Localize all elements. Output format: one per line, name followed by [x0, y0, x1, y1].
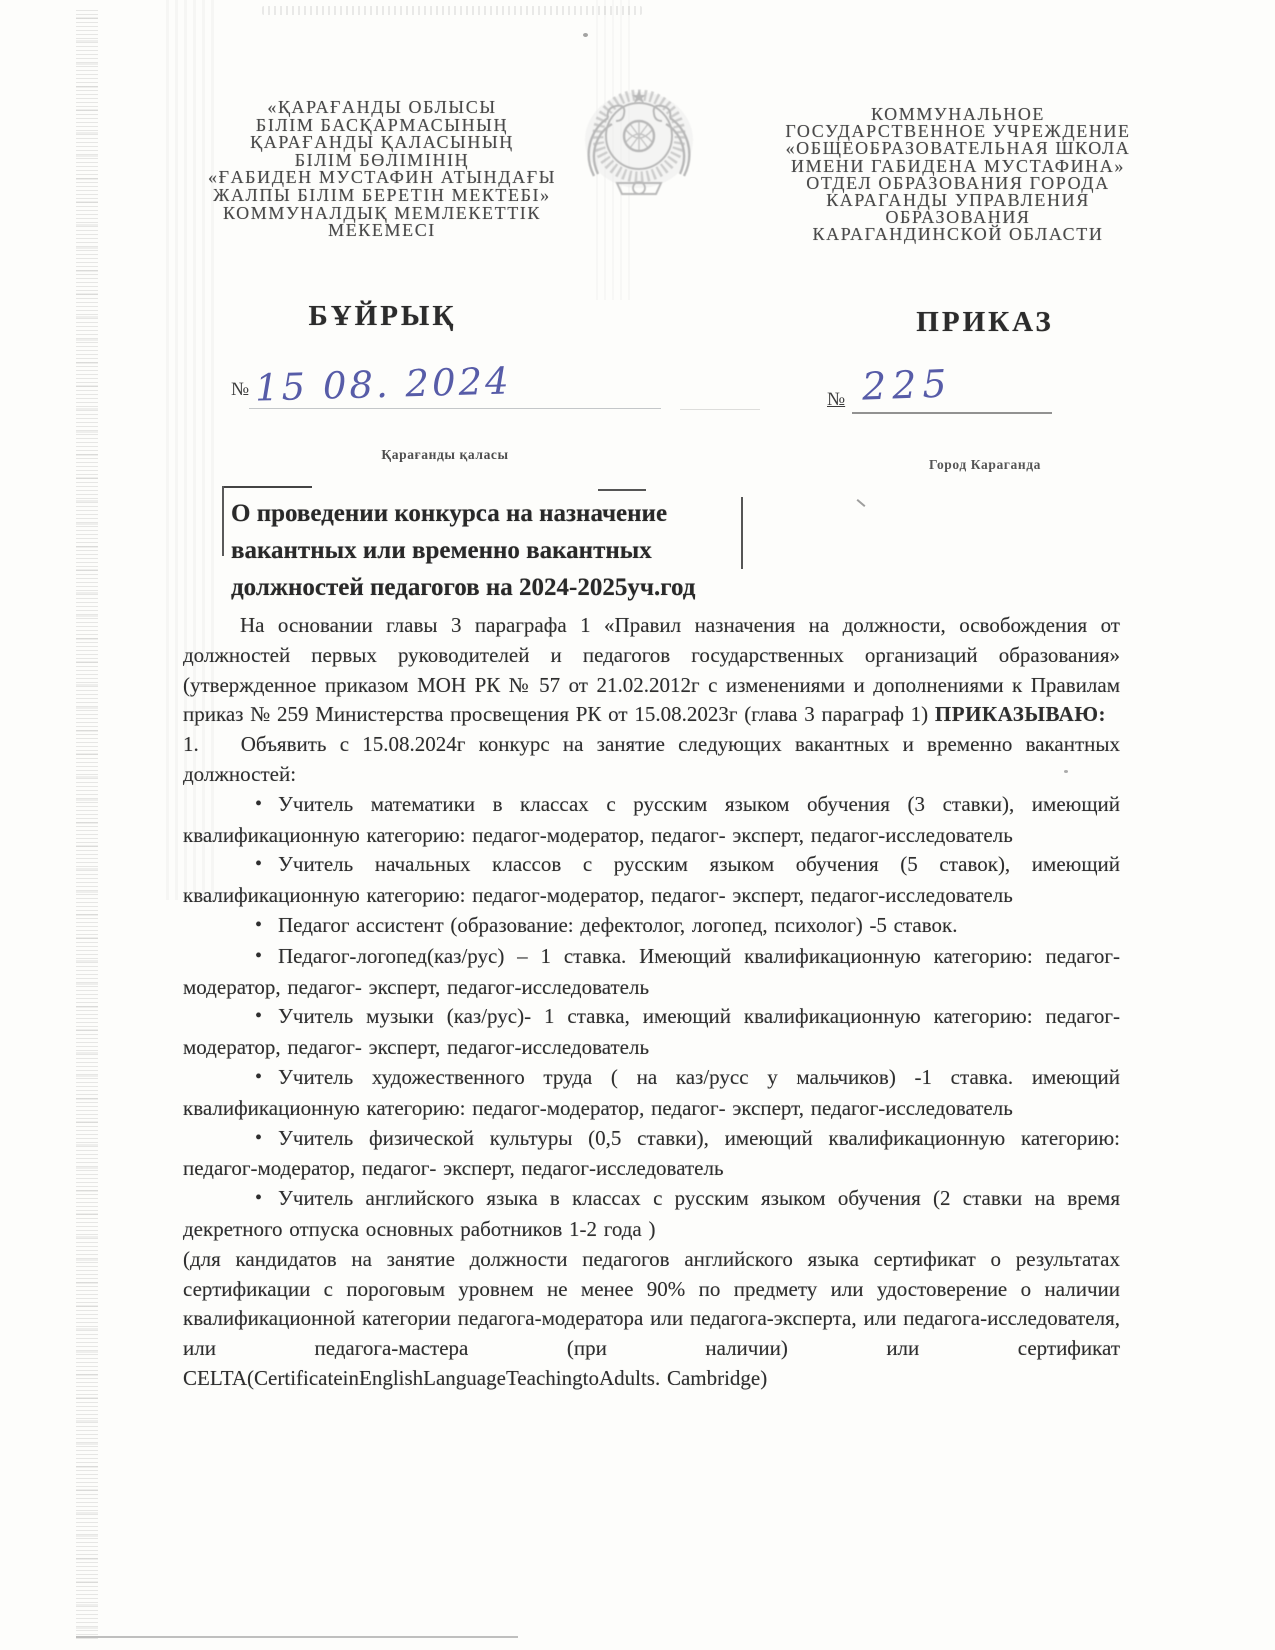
- org-line: МЕКЕМЕСІ: [182, 222, 582, 240]
- vacancy-bullet: •Педагог ассистент (образование: дефекто…: [183, 911, 1120, 942]
- vacancy-bullet: •Учитель художественного труда ( на каз/…: [183, 1063, 1120, 1124]
- bullet-icon: •: [219, 1063, 262, 1093]
- title-line: вакантных или временно вакантных: [231, 532, 791, 569]
- order-number-label-left: №: [231, 379, 249, 401]
- title-line: должностей педагогов на 2024-2025уч.год: [231, 569, 791, 606]
- bullet-text: Педагог-логопед(каз/рус) – 1 ставка. Име…: [183, 944, 1120, 999]
- bullet-icon: •: [219, 790, 262, 820]
- bullet-text: Учитель художественного труда ( на каз/р…: [183, 1065, 1120, 1120]
- scanned-order-page: «ҚАРАҒАНДЫ ОБЛЫСЫ БІЛІМ БАСҚАРМАСЫНЫҢ ҚА…: [0, 0, 1275, 1650]
- scan-speck: [583, 33, 588, 37]
- city-label-russian: Город Караганда: [855, 457, 1115, 473]
- org-name-kazakh: «ҚАРАҒАНДЫ ОБЛЫСЫ БІЛІМ БАСҚАРМАСЫНЫҢ ҚА…: [182, 99, 582, 240]
- org-name-russian: КОММУНАЛЬНОЕ ГОСУДАРСТВЕННОЕ УЧРЕЖДЕНИЕ …: [748, 106, 1168, 244]
- english-teacher-note: (для кандидатов на занятие должности пед…: [183, 1245, 1120, 1394]
- handwritten-order-date: 15 08. 2024: [254, 359, 512, 409]
- vacancy-bullet: •Учитель начальных классов с русским язы…: [183, 850, 1120, 911]
- title-line: О проведении конкурса на назначение: [231, 495, 791, 532]
- bullet-text: Учитель музыки (каз/рус)- 1 ставка, имею…: [183, 1004, 1120, 1059]
- bullet-icon: •: [219, 850, 262, 880]
- vacancy-bullet: •Учитель физической культуры (0,5 ставки…: [183, 1124, 1120, 1185]
- bullet-icon: •: [219, 1002, 262, 1032]
- scan-page-edge: [76, 1636, 518, 1638]
- prikazyvayu-keyword: ПРИКАЗЫВАЮ:: [935, 702, 1106, 726]
- order-body: На основании главы 3 параграфа 1 «Правил…: [183, 611, 1120, 1394]
- vacancy-bullet: •Учитель математики в классах с русским …: [183, 790, 1120, 851]
- number-underline: [249, 408, 661, 409]
- intro-paragraph: На основании главы 3 параграфа 1 «Правил…: [183, 611, 1120, 730]
- bullet-icon: •: [219, 1124, 262, 1154]
- bullet-text: Учитель английского языка в классах с ру…: [183, 1186, 1120, 1241]
- org-line: КАРАГАНДИНСКОЙ ОБЛАСТИ: [748, 226, 1168, 243]
- org-line: ЖАЛПЫ БІЛІМ БЕРЕТІН МЕКТЕБІ»: [182, 187, 582, 205]
- vacancy-bullet: •Педагог-логопед(каз/рус) – 1 ставка. Им…: [183, 942, 1120, 1003]
- kazakhstan-emblem-icon: [572, 86, 706, 210]
- bullet-text: Педагог ассистент (образование: дефектол…: [278, 913, 957, 937]
- title-top-line: [598, 489, 646, 491]
- scan-edge-noise: [76, 10, 98, 1640]
- bullet-icon: •: [219, 942, 262, 972]
- number-underline: [680, 409, 760, 410]
- bullet-icon: •: [219, 911, 262, 941]
- item-text: Объявить с 15.08.2024г конкурс на заняти…: [183, 732, 1120, 786]
- number-underline: [852, 412, 1052, 414]
- bullet-text: Учитель начальных классов с русским язык…: [183, 852, 1120, 907]
- city-label-kazakh: Қарағанды қаласы: [285, 447, 605, 463]
- title-corner-line: [222, 486, 224, 556]
- scan-speck: [857, 499, 866, 507]
- item-number: 1.: [183, 732, 199, 756]
- handwritten-order-number: 225: [861, 361, 953, 408]
- bullet-icon: •: [219, 1184, 262, 1214]
- org-line: «ҚАРАҒАНДЫ ОБЛЫСЫ: [182, 99, 582, 117]
- vacancy-bullet: •Учитель английского языка в классах с р…: [183, 1184, 1120, 1245]
- order-heading-russian: ПРИКАЗ: [775, 306, 1195, 339]
- bullet-text: Учитель математики в классах с русским я…: [183, 792, 1120, 847]
- order-number-label-right: №: [827, 389, 845, 411]
- ordered-item-1: 1.Объявить с 15.08.2024г конкурс на заня…: [183, 730, 1120, 790]
- document-title: О проведении конкурса на назначение вака…: [231, 495, 791, 606]
- order-heading-kazakh: БҰЙРЫҚ: [185, 300, 580, 333]
- scan-smudge: [262, 6, 642, 15]
- vacancy-bullet: •Учитель музыки (каз/рус)- 1 ставка, име…: [183, 1002, 1120, 1063]
- bullet-text: Учитель физической культуры (0,5 ставки)…: [183, 1126, 1120, 1181]
- title-corner-line: [222, 486, 312, 488]
